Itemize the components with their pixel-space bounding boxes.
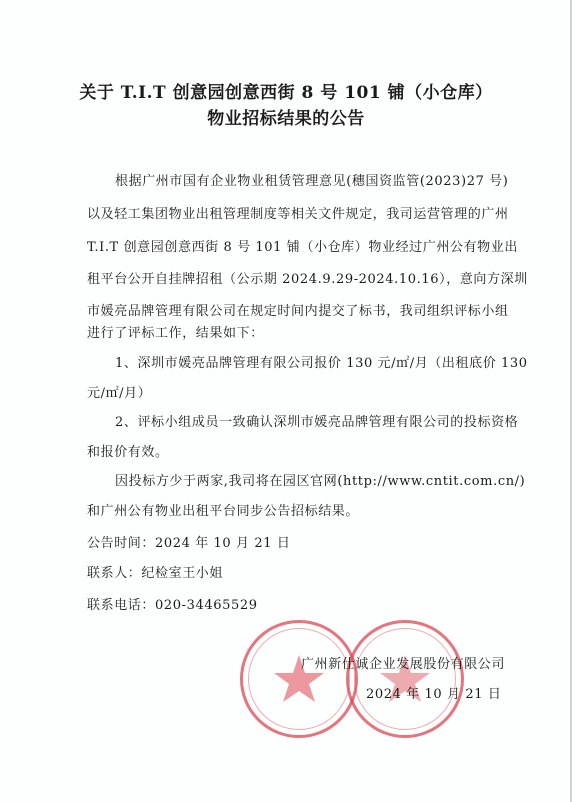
result-item-2-cont: 和报价有效。 — [87, 441, 169, 460]
company-seal-stamp — [240, 620, 358, 738]
star-icon — [349, 623, 461, 735]
document-page: 关于 T.I.T 创意园创意西街 8 号 101 铺（小仓库） 物业招标结果的公… — [0, 0, 572, 802]
paragraph-line: 租平台公开自挂牌招租（公示期 2024.9.29-2024.10.16），意向方… — [87, 268, 528, 287]
paragraph-line: T.I.T 创意园创意西街 8 号 101 铺（小仓库）物业经过广州公有物业出 — [87, 236, 518, 255]
paragraph-line: 以及轻工集团物业出租管理制度等相关文件规定，我司运营管理的广州 — [87, 203, 509, 222]
result-item-1: 1、深圳市媛亮品牌管理有限公司报价 130 元/㎡/月（出租底价 130 — [115, 352, 528, 371]
result-item-1-cont: 元/㎡/月） — [87, 382, 151, 401]
paragraph-line: 进行了评标工作，结果如下： — [87, 322, 264, 341]
contact-phone: 联系电话：020-34465529 — [87, 594, 258, 613]
paragraph-line: 和广州公有物业出租平台同步公告招标结果。 — [87, 500, 359, 519]
result-item-2: 2、评标小组成员一致确认深圳市媛亮品牌管理有限公司的投标资格 — [115, 411, 518, 430]
paragraph-line: 市媛亮品牌管理有限公司在规定时间内提交了标书，我司组织评标小组 — [87, 300, 509, 319]
document-title-line2: 物业招标结果的公告 — [0, 104, 572, 129]
signature-date: 2024 年 10 月 21 日 — [366, 683, 501, 702]
signature-company: 广州新仕诚企业发展股份有限公司 — [301, 653, 505, 672]
website-line: 因投标方少于两家,我司将在园区官网(http://www.cntit.com.c… — [115, 470, 525, 489]
star-icon — [243, 623, 355, 735]
announcement-date: 公告时间：2024 年 10 月 21 日 — [87, 532, 290, 551]
document-title-line1: 关于 T.I.T 创意园创意西街 8 号 101 铺（小仓库） — [0, 78, 572, 103]
company-seal-stamp — [346, 620, 464, 738]
paragraph-line: 根据广州市国有企业物业租赁管理意见(穗国资监管(2023)27 号) — [115, 170, 508, 189]
contact-person: 联系人：纪检室王小姐 — [87, 562, 223, 581]
